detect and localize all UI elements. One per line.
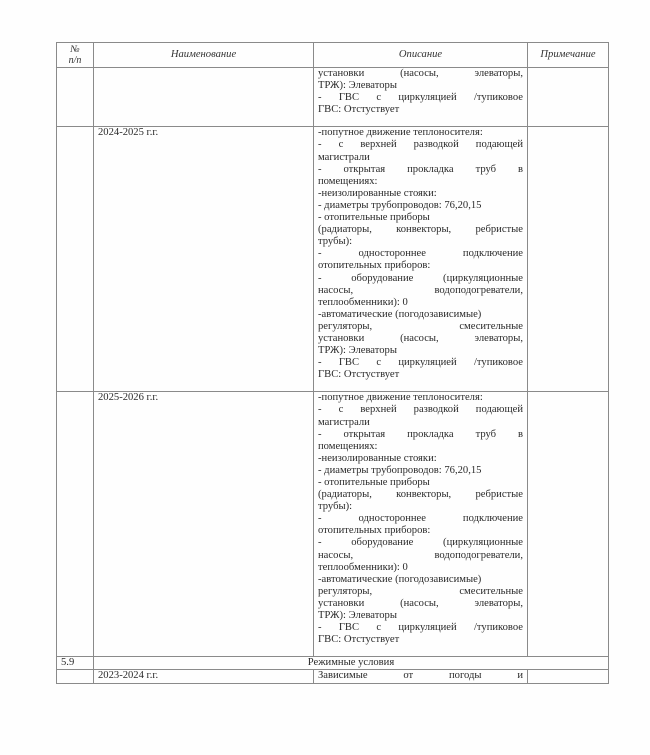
description-line: установки (насосы, элеваторы, <box>318 68 523 80</box>
cell-name: 2023-2024 г.г. <box>94 670 314 683</box>
description-line: - ГВС с циркуляцией /тупиковое <box>318 622 523 634</box>
description-line: регуляторы, смесительные <box>318 586 523 598</box>
cell-name <box>94 68 314 127</box>
description-line: - с верхней разводкой подающей <box>318 139 523 151</box>
description-line: теплообменники): 0 <box>318 562 523 574</box>
description-line: трубы): <box>318 501 523 513</box>
header-note: Примечание <box>528 43 609 68</box>
description-line: магистрали <box>318 417 523 429</box>
description-line: насосы, водоподогреватели, <box>318 550 523 562</box>
description-line: - диаметры трубопроводов: 76,20,15 <box>318 465 523 477</box>
cell-note <box>528 392 609 657</box>
table-header-row: № п/п Наименование Описание Примечание <box>57 43 609 68</box>
table-row-continuation: установки (насосы, элеваторы,ТРЖ): Элева… <box>57 68 609 127</box>
document-page: № п/п Наименование Описание Примечание у… <box>0 0 650 755</box>
description-line: - открытая прокладка труб в <box>318 429 523 441</box>
description-line: помещениях: <box>318 176 523 188</box>
table-row: 2024-2025 г.г. -попутное движение теплон… <box>57 127 609 392</box>
description-line: - с верхней разводкой подающей <box>318 404 523 416</box>
description-line: (радиаторы, конвекторы, ребристые <box>318 224 523 236</box>
description-line: регуляторы, смесительные <box>318 321 523 333</box>
description-line: магистрали <box>318 152 523 164</box>
cell-num <box>57 670 94 683</box>
cell-description: -попутное движение теплоносителя:- с вер… <box>314 127 528 392</box>
description-line: ГВС: Отстуствует <box>318 104 523 116</box>
section-row: 5.9 Режимные условия <box>57 657 609 670</box>
cell-name: 2025-2026 г.г. <box>94 392 314 657</box>
description-line: -неизолированные стояки: <box>318 453 523 465</box>
description-line: ТРЖ): Элеваторы <box>318 610 523 622</box>
header-description: Описание <box>314 43 528 68</box>
description-line: - ГВС с циркуляцией /тупиковое <box>318 357 523 369</box>
cell-name: 2024-2025 г.г. <box>94 127 314 392</box>
cell-num <box>57 127 94 392</box>
description-line: Зависимые от погоды и <box>318 670 523 682</box>
header-num-line1: № <box>70 44 79 55</box>
description-line: - одностороннее подключение <box>318 248 523 260</box>
description-line: помещениях: <box>318 441 523 453</box>
description-line: - открытая прокладка труб в <box>318 164 523 176</box>
description-line: - отопительные приборы <box>318 477 523 489</box>
description-line: ТРЖ): Элеваторы <box>318 345 523 357</box>
description-line: насосы, водоподогреватели, <box>318 285 523 297</box>
header-num: № п/п <box>57 43 94 68</box>
description-line: установки (насосы, элеваторы, <box>318 598 523 610</box>
table-row: 2025-2026 г.г. -попутное движение теплон… <box>57 392 609 657</box>
description-line: - диаметры трубопроводов: 76,20,15 <box>318 200 523 212</box>
description-line: -попутное движение теплоносителя: <box>318 392 523 404</box>
header-name: Наименование <box>94 43 314 68</box>
section-title: Режимные условия <box>94 657 609 670</box>
description-line: установки (насосы, элеваторы, <box>318 333 523 345</box>
description-line: -автоматические (погодозависимые) <box>318 574 523 586</box>
description-line: - отопительные приборы <box>318 212 523 224</box>
cell-description: -попутное движение теплоносителя:- с вер… <box>314 392 528 657</box>
description-line: - оборудование (циркуляционные <box>318 537 523 549</box>
cell-num <box>57 392 94 657</box>
description-line: отопительных приборов: <box>318 525 523 537</box>
description-line: ГВС: Отстуствует <box>318 634 523 646</box>
description-line: - одностороннее подключение <box>318 513 523 525</box>
description-line: - оборудование (циркуляционные <box>318 273 523 285</box>
table-row: 2023-2024 г.г. Зависимые от погоды и <box>57 670 609 683</box>
description-line: - ГВС с циркуляцией /тупиковое <box>318 92 523 104</box>
cell-description: установки (насосы, элеваторы,ТРЖ): Элева… <box>314 68 528 127</box>
specification-table: № п/п Наименование Описание Примечание у… <box>56 42 609 684</box>
cell-note <box>528 670 609 683</box>
cell-note <box>528 127 609 392</box>
description-line: (радиаторы, конвекторы, ребристые <box>318 489 523 501</box>
description-line: теплообменники): 0 <box>318 297 523 309</box>
description-line: ТРЖ): Элеваторы <box>318 80 523 92</box>
cell-description: Зависимые от погоды и <box>314 670 528 683</box>
description-line: ГВС: Отстуствует <box>318 369 523 381</box>
description-line: -неизолированные стояки: <box>318 188 523 200</box>
cell-note <box>528 68 609 127</box>
section-num: 5.9 <box>57 657 94 670</box>
header-num-line2: п/п <box>69 55 82 66</box>
description-line: отопительных приборов: <box>318 260 523 272</box>
description-line: -автоматические (погодозависимые) <box>318 309 523 321</box>
description-line: -попутное движение теплоносителя: <box>318 127 523 139</box>
cell-num <box>57 68 94 127</box>
description-line: трубы): <box>318 236 523 248</box>
